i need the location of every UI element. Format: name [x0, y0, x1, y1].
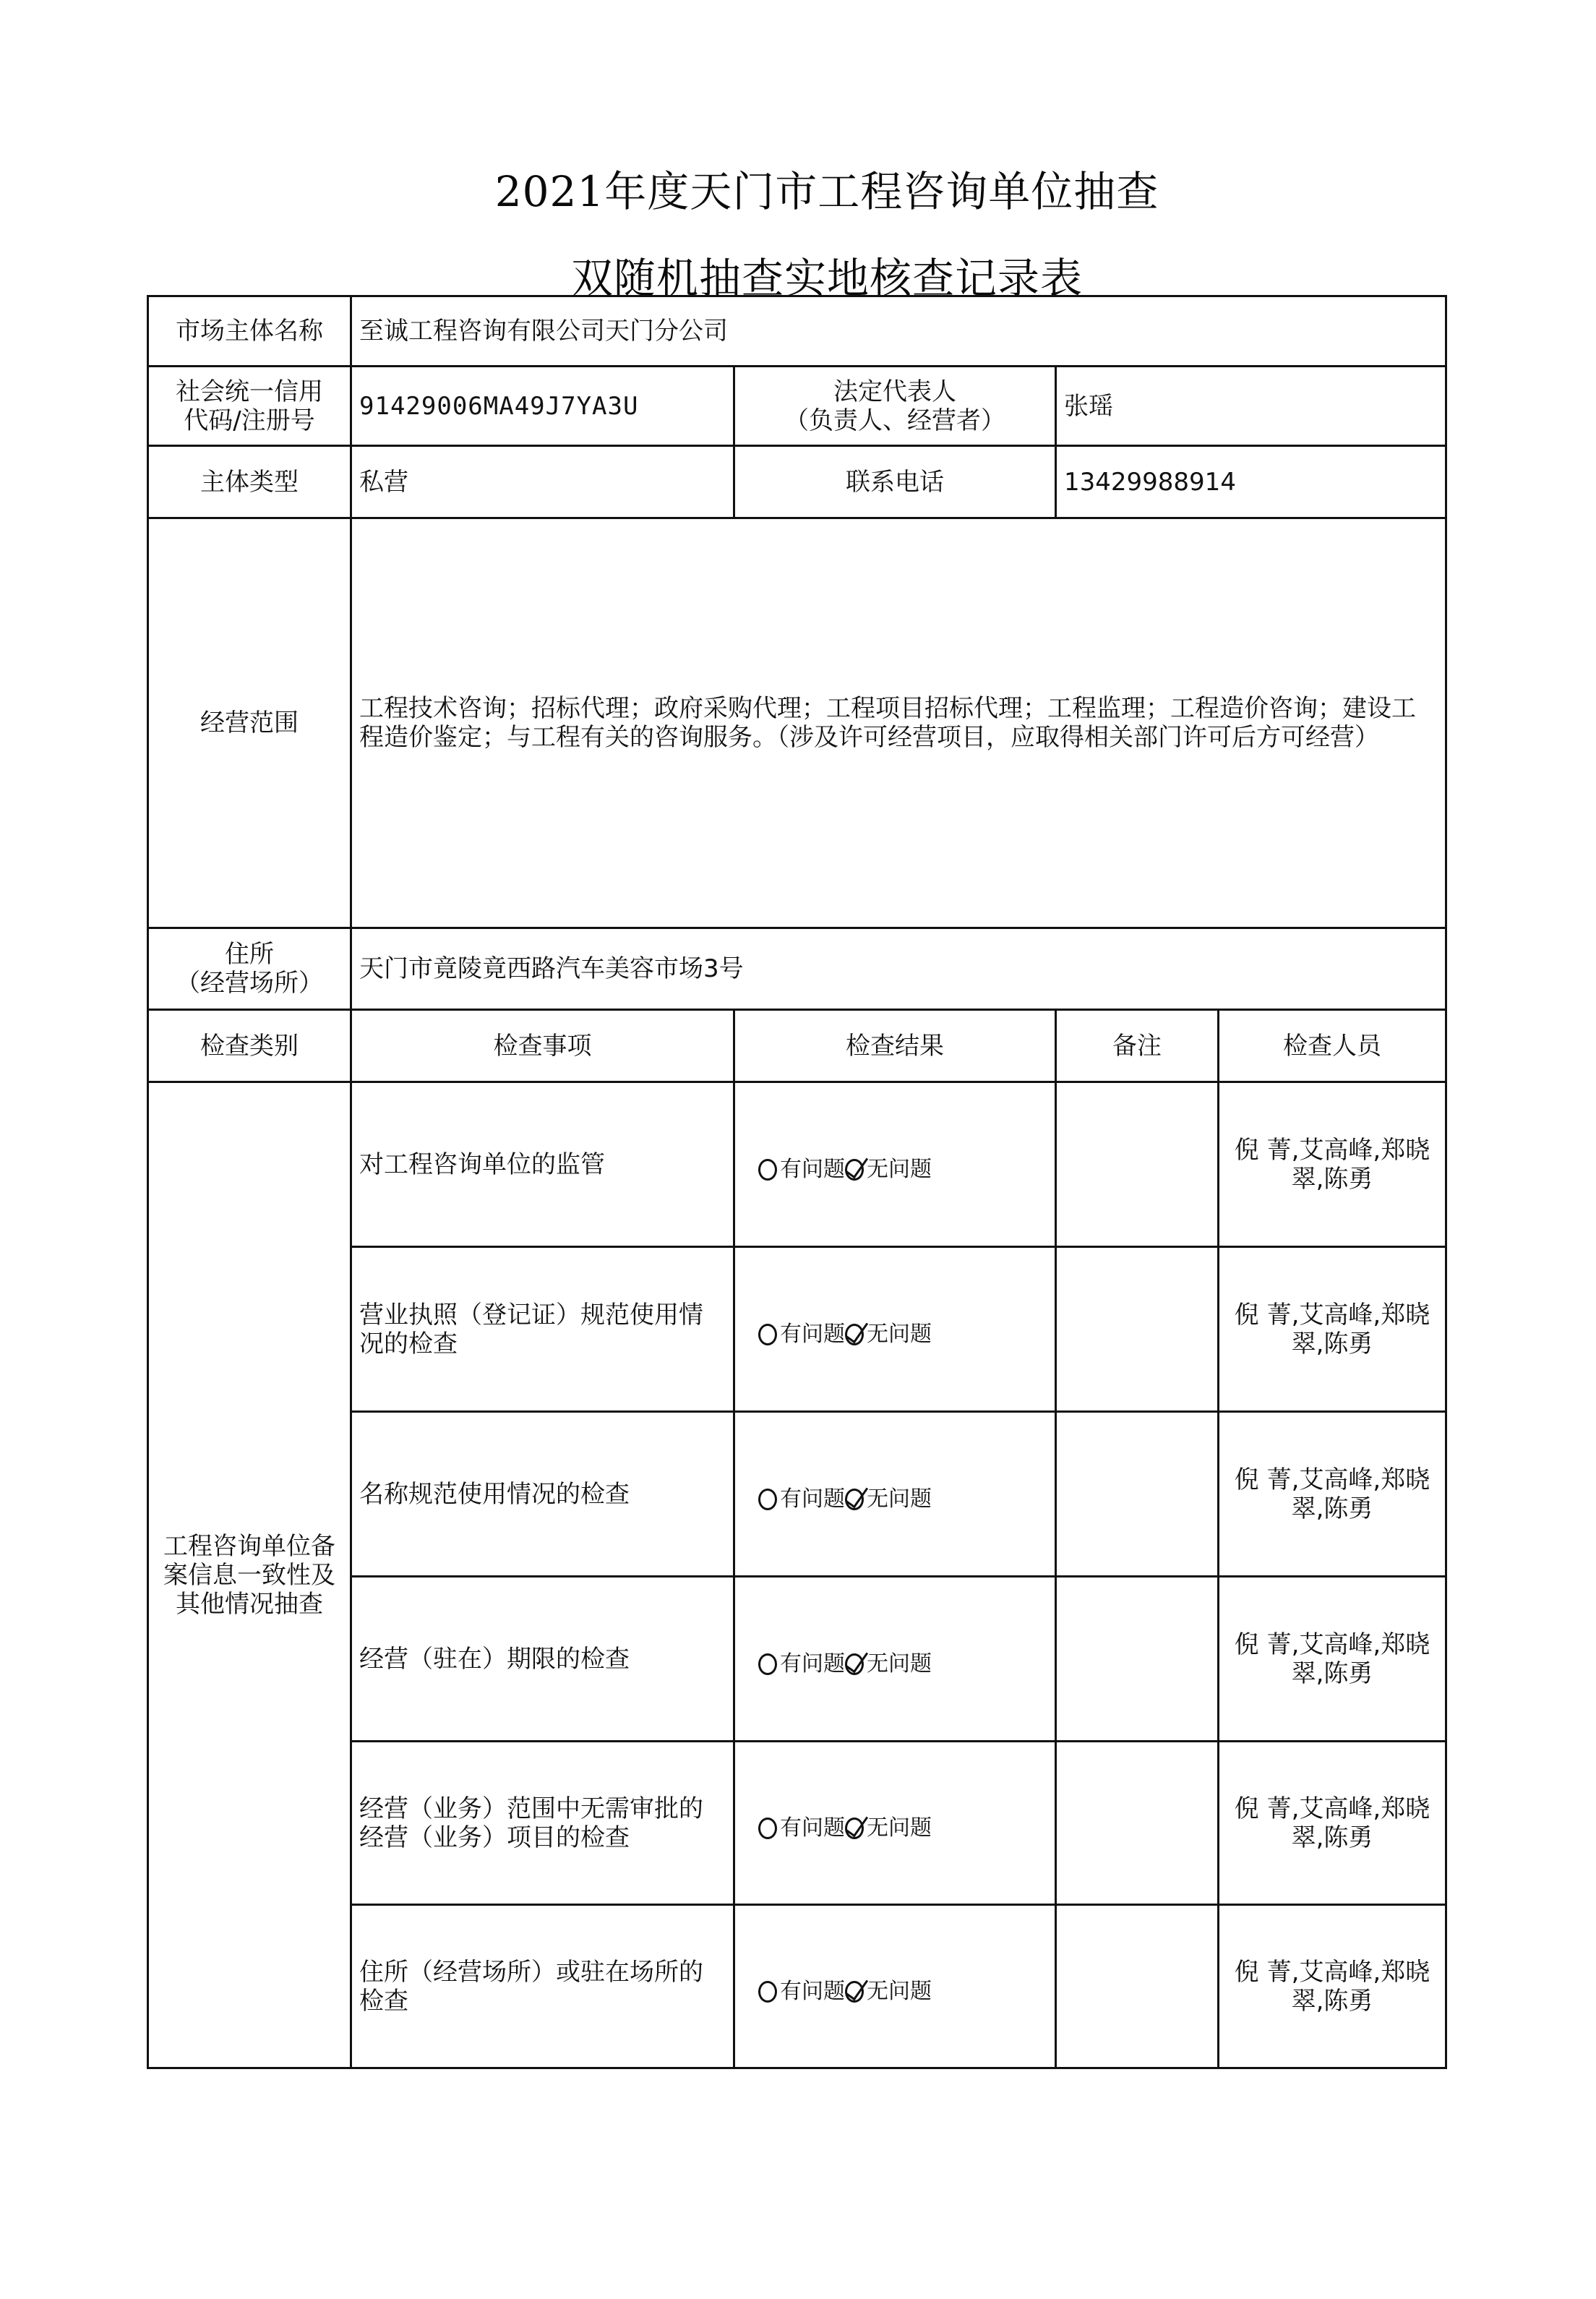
inspection-inspectors: 倪 菁,艾高峰,郑晓翠,陈勇: [1219, 1247, 1446, 1412]
phone-label: 联系电话: [734, 446, 1056, 518]
radio-no-problem-checked[interactable]: [845, 1981, 864, 2003]
option-no-problem-label: 无问题: [867, 1155, 932, 1184]
inspection-result: 有问题 无问题: [734, 1742, 1056, 1905]
inspection-inspectors: 倪 菁,艾高峰,郑晓翠,陈勇: [1219, 1082, 1446, 1247]
radio-has-problem[interactable]: [758, 1818, 777, 1839]
inspection-result: 有问题 无问题: [734, 1577, 1056, 1742]
inspection-inspectors: 倪 菁,艾高峰,郑晓翠,陈勇: [1219, 1412, 1446, 1577]
entity-type-label: 主体类型: [148, 446, 351, 518]
legal-rep-value: 张瑶: [1056, 367, 1446, 446]
inspection-item: 名称规范使用情况的检查: [351, 1412, 734, 1577]
inspection-inspectors: 倪 菁,艾高峰,郑晓翠,陈勇: [1219, 1742, 1446, 1905]
radio-no-problem-checked[interactable]: [845, 1324, 864, 1345]
credit-code-label-line1: 社会统一信用: [156, 377, 343, 406]
inspection-remark: [1056, 1905, 1219, 2068]
inspection-item: 经营（业务）范围中无需审批的经营（业务）项目的检查: [351, 1742, 734, 1905]
row-address: 住所 （经营场所） 天门市竟陵竟西路汽车美容市场3号: [148, 928, 1446, 1010]
row-business-scope: 经营范围 工程技术咨询；招标代理；政府采购代理；工程项目招标代理；工程监理；工程…: [148, 518, 1446, 928]
business-scope-label: 经营范围: [148, 518, 351, 928]
address-label-line2: （经营场所）: [156, 969, 343, 998]
option-has-problem-label: 有问题: [780, 1650, 845, 1679]
inspection-inspectors: 倪 菁,艾高峰,郑晓翠,陈勇: [1219, 1905, 1446, 2068]
inspection-remark: [1056, 1082, 1219, 1247]
inspection-item: 经营（驻在）期限的检查: [351, 1577, 734, 1742]
option-no-problem-label: 无问题: [867, 1814, 932, 1843]
address-label-line1: 住所: [156, 940, 343, 969]
header-item: 检查事项: [351, 1010, 734, 1082]
inspection-header-row: 检查类别 检查事项 检查结果 备注 检查人员: [148, 1010, 1446, 1082]
legal-rep-label: 法定代表人 （负责人、经营者）: [734, 367, 1056, 446]
inspection-item: 住所（经营场所）或驻在场所的检查: [351, 1905, 734, 2068]
inspection-remark: [1056, 1577, 1219, 1742]
entity-name-value: 至诚工程咨询有限公司天门分公司: [351, 296, 1446, 367]
radio-has-problem[interactable]: [758, 1324, 777, 1345]
inspection-result: 有问题 无问题: [734, 1247, 1056, 1412]
business-scope-value: 工程技术咨询；招标代理；政府采购代理；工程项目招标代理；工程监理；工程造价咨询；…: [351, 518, 1446, 928]
row-entity-type: 主体类型 私营 联系电话 13429988914: [148, 446, 1446, 518]
entity-name-label: 市场主体名称: [148, 296, 351, 367]
phone-value: 13429988914: [1056, 446, 1446, 518]
address-label: 住所 （经营场所）: [148, 928, 351, 1010]
inspection-result: 有问题 无问题: [734, 1905, 1056, 2068]
inspection-remark: [1056, 1742, 1219, 1905]
address-value: 天门市竟陵竟西路汽车美容市场3号: [351, 928, 1446, 1010]
option-no-problem-label: 无问题: [867, 1650, 932, 1679]
radio-has-problem[interactable]: [758, 1981, 777, 2003]
row-entity-name: 市场主体名称 至诚工程咨询有限公司天门分公司: [148, 296, 1446, 367]
inspection-item: 营业执照（登记证）规范使用情况的检查: [351, 1247, 734, 1412]
inspection-category: 工程咨询单位备案信息一致性及其他情况抽查: [148, 1082, 351, 2068]
option-no-problem-label: 无问题: [867, 1320, 932, 1349]
radio-has-problem[interactable]: [758, 1159, 777, 1181]
inspection-item: 对工程咨询单位的监管: [351, 1082, 734, 1247]
option-has-problem-label: 有问题: [780, 1977, 845, 2006]
radio-has-problem[interactable]: [758, 1489, 777, 1510]
row-credit-code: 社会统一信用 代码/注册号 91429006MA49J7YA3U 法定代表人 （…: [148, 367, 1446, 446]
header-result: 检查结果: [734, 1010, 1056, 1082]
header-remark: 备注: [1056, 1010, 1219, 1082]
header-category: 检查类别: [148, 1010, 351, 1082]
option-no-problem-label: 无问题: [867, 1485, 932, 1514]
inspection-row: 工程咨询单位备案信息一致性及其他情况抽查 对工程咨询单位的监管 有问题 无问题 …: [148, 1082, 1446, 1247]
credit-code-value: 91429006MA49J7YA3U: [351, 367, 734, 446]
option-no-problem-label: 无问题: [867, 1977, 932, 2006]
inspection-result: 有问题 无问题: [734, 1412, 1056, 1577]
option-has-problem-label: 有问题: [780, 1485, 845, 1514]
legal-rep-label-line2: （负责人、经营者）: [742, 406, 1047, 435]
legal-rep-label-line1: 法定代表人: [742, 377, 1047, 406]
radio-has-problem[interactable]: [758, 1653, 777, 1675]
inspection-record-table: 市场主体名称 至诚工程咨询有限公司天门分公司 社会统一信用 代码/注册号 914…: [147, 295, 1447, 2069]
entity-type-value: 私营: [351, 446, 734, 518]
credit-code-label-line2: 代码/注册号: [156, 406, 343, 435]
radio-no-problem-checked[interactable]: [845, 1159, 864, 1181]
header-inspectors: 检查人员: [1219, 1010, 1446, 1082]
radio-no-problem-checked[interactable]: [845, 1489, 864, 1510]
option-has-problem-label: 有问题: [780, 1320, 845, 1349]
credit-code-label: 社会统一信用 代码/注册号: [148, 367, 351, 446]
inspection-result: 有问题 无问题: [734, 1082, 1056, 1247]
radio-no-problem-checked[interactable]: [845, 1653, 864, 1675]
document-title-line1: 2021年度天门市工程咨询单位抽查: [29, 158, 1596, 218]
inspection-inspectors: 倪 菁,艾高峰,郑晓翠,陈勇: [1219, 1577, 1446, 1742]
inspection-remark: [1056, 1247, 1219, 1412]
radio-no-problem-checked[interactable]: [845, 1818, 864, 1839]
option-has-problem-label: 有问题: [780, 1814, 845, 1843]
inspection-remark: [1056, 1412, 1219, 1577]
option-has-problem-label: 有问题: [780, 1155, 845, 1184]
